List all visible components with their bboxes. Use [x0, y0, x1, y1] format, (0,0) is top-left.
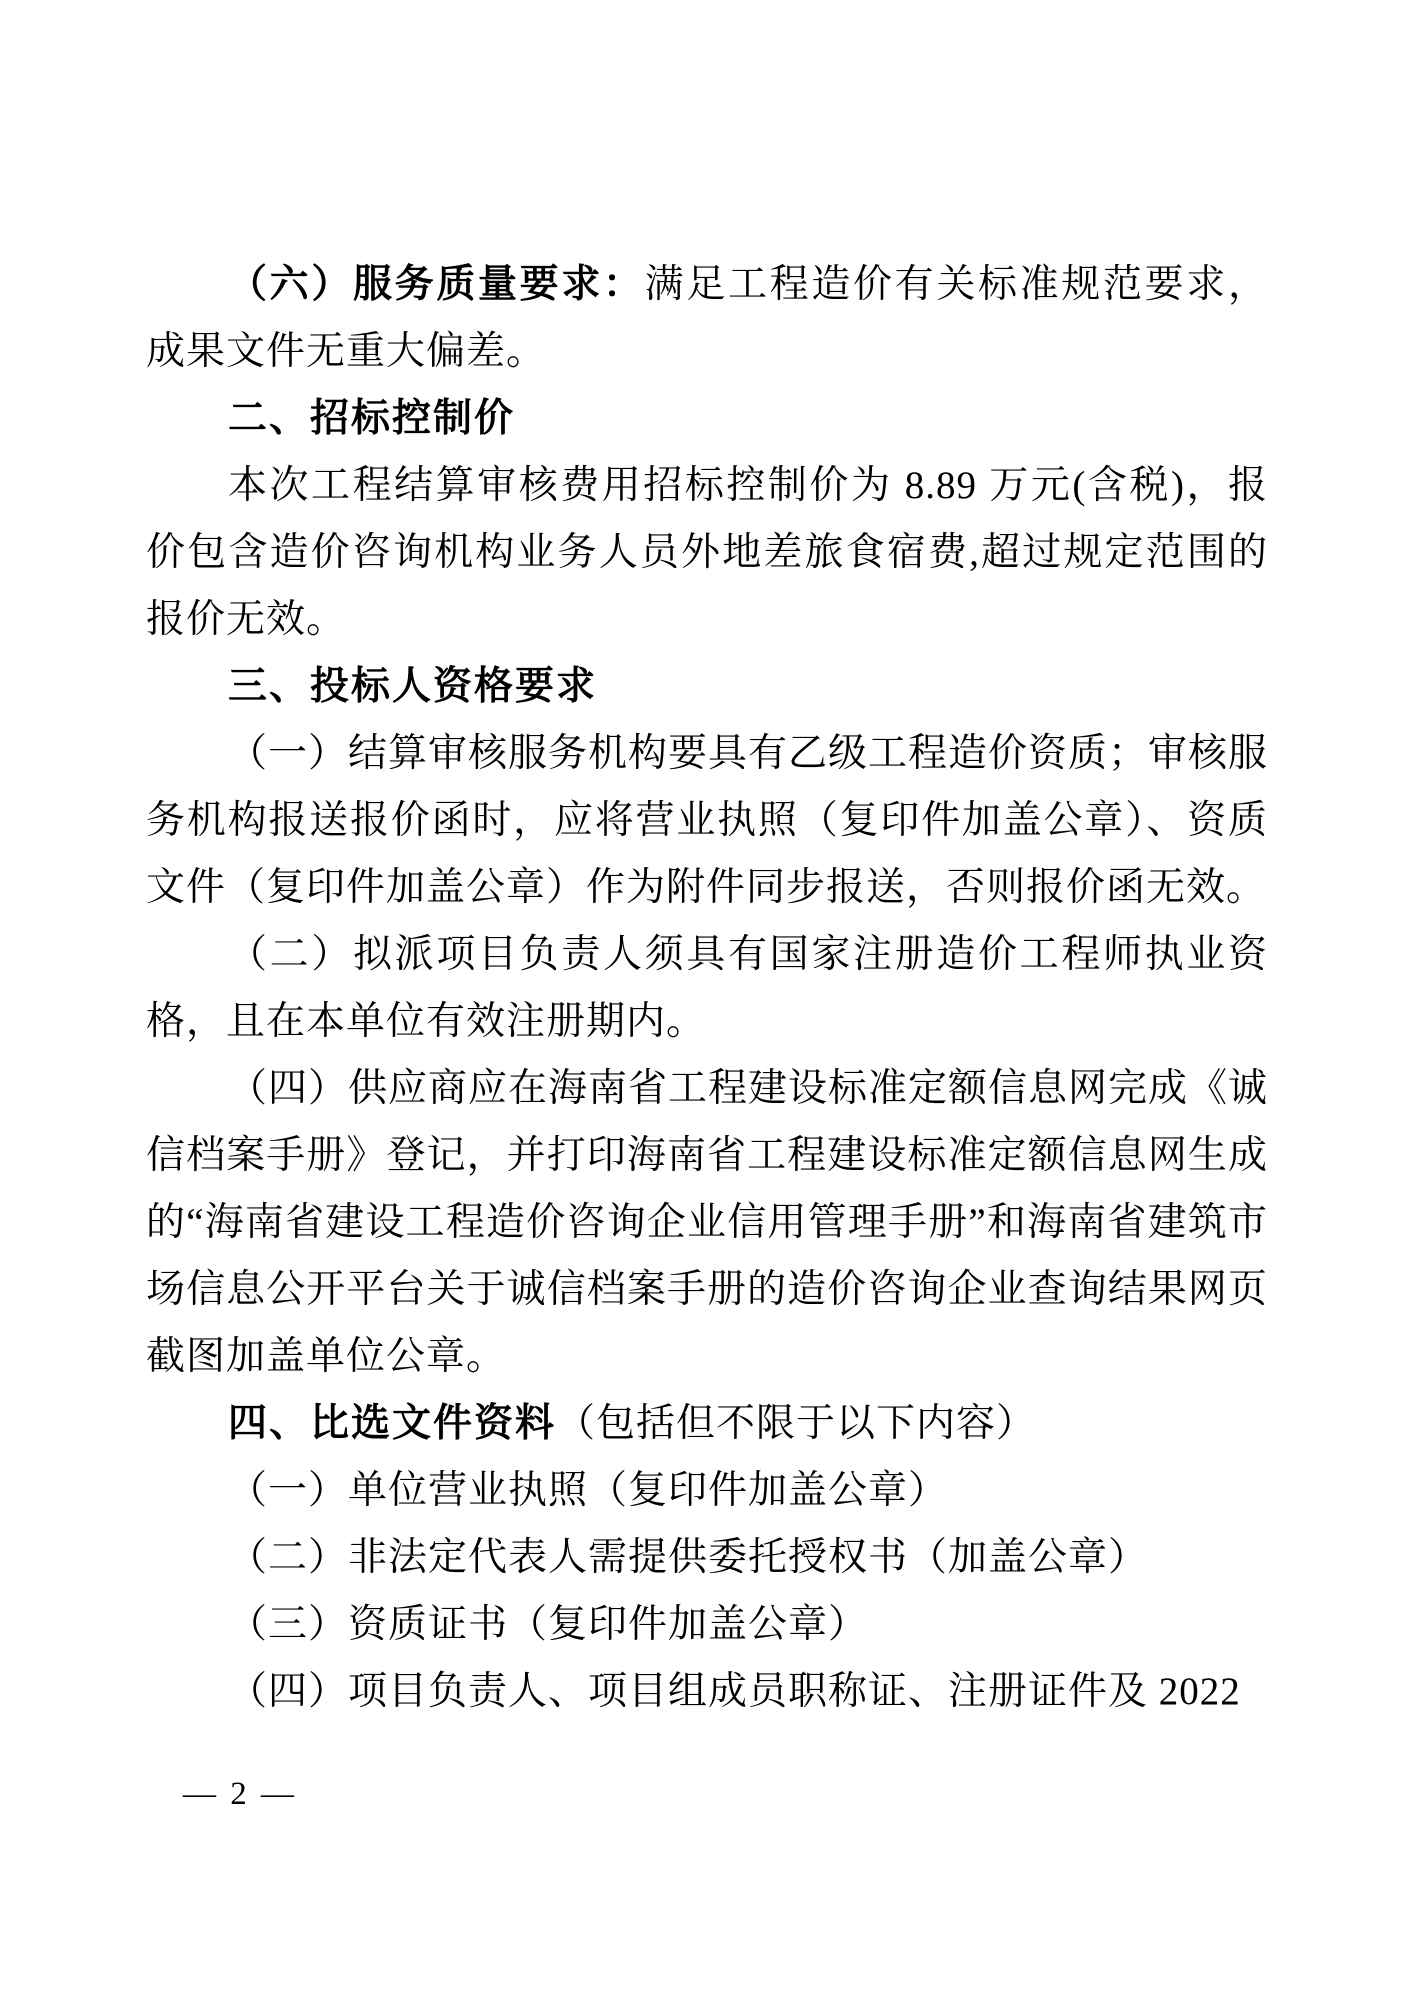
paragraph-text: （一）单位营业执照（复印件加盖公章）: [228, 1469, 948, 1512]
paragraph-text: 三、投标人资格要求: [228, 665, 597, 708]
paragraph: （一）单位营业执照（复印件加盖公章）: [146, 1457, 1268, 1524]
paragraph: （三）资质证书（复印件加盖公章）: [146, 1591, 1268, 1658]
paragraph: 本次工程结算审核费用招标控制价为 8.89 万元(含税)，报价包含造价咨询机构业…: [146, 452, 1268, 653]
paragraph: （二）非法定代表人需提供委托授权书（加盖公章）: [146, 1524, 1268, 1591]
document-content: （六）服务质量要求：满足工程造价有关标准规范要求，成果文件无重大偏差。二、招标控…: [146, 251, 1268, 1725]
paragraph-text: （二）拟派项目负责人须具有国家注册造价工程师执业资格，且在本单位有效注册期内。: [146, 933, 1268, 1043]
document-page: （六）服务质量要求：满足工程造价有关标准规范要求，成果文件无重大偏差。二、招标控…: [0, 0, 1411, 1995]
paragraph: （四）项目负责人、项目组成员职称证、注册证件及 2022: [146, 1658, 1268, 1725]
section-heading: 二、招标控制价: [146, 385, 1268, 452]
paragraph-text: （四）项目负责人、项目组成员职称证、注册证件及 2022: [228, 1670, 1241, 1713]
paragraph-text: 本次工程结算审核费用招标控制价为 8.89 万元(含税)，报价包含造价咨询机构业…: [146, 464, 1268, 641]
paragraph-text: （三）资质证书（复印件加盖公章）: [228, 1603, 868, 1646]
paragraph: （二）拟派项目负责人须具有国家注册造价工程师执业资格，且在本单位有效注册期内。: [146, 921, 1268, 1055]
paragraph-text: （包括但不限于以下内容）: [556, 1402, 1036, 1445]
paragraph: （四）供应商应在海南省工程建设标准定额信息网完成《诚信档案手册》登记，并打印海南…: [146, 1055, 1268, 1390]
paragraph-lead: （六）服务质量要求：: [228, 263, 645, 306]
page-number: — 2 —: [183, 1776, 297, 1813]
paragraph-text: 二、招标控制价: [228, 397, 515, 440]
paragraph: （六）服务质量要求：满足工程造价有关标准规范要求，成果文件无重大偏差。: [146, 251, 1268, 385]
section-heading: 三、投标人资格要求: [146, 653, 1268, 720]
paragraph-text: （四）供应商应在海南省工程建设标准定额信息网完成《诚信档案手册》登记，并打印海南…: [146, 1067, 1268, 1378]
paragraph-lead: 四、比选文件资料: [228, 1402, 556, 1445]
paragraph: （一）结算审核服务机构要具有乙级工程造价资质；审核服务机构报送报价函时，应将营业…: [146, 720, 1268, 921]
paragraph-text: （二）非法定代表人需提供委托授权书（加盖公章）: [228, 1536, 1148, 1579]
section-heading-inline: 四、比选文件资料（包括但不限于以下内容）: [146, 1390, 1268, 1457]
paragraph-text: （一）结算审核服务机构要具有乙级工程造价资质；审核服务机构报送报价函时，应将营业…: [146, 732, 1268, 909]
